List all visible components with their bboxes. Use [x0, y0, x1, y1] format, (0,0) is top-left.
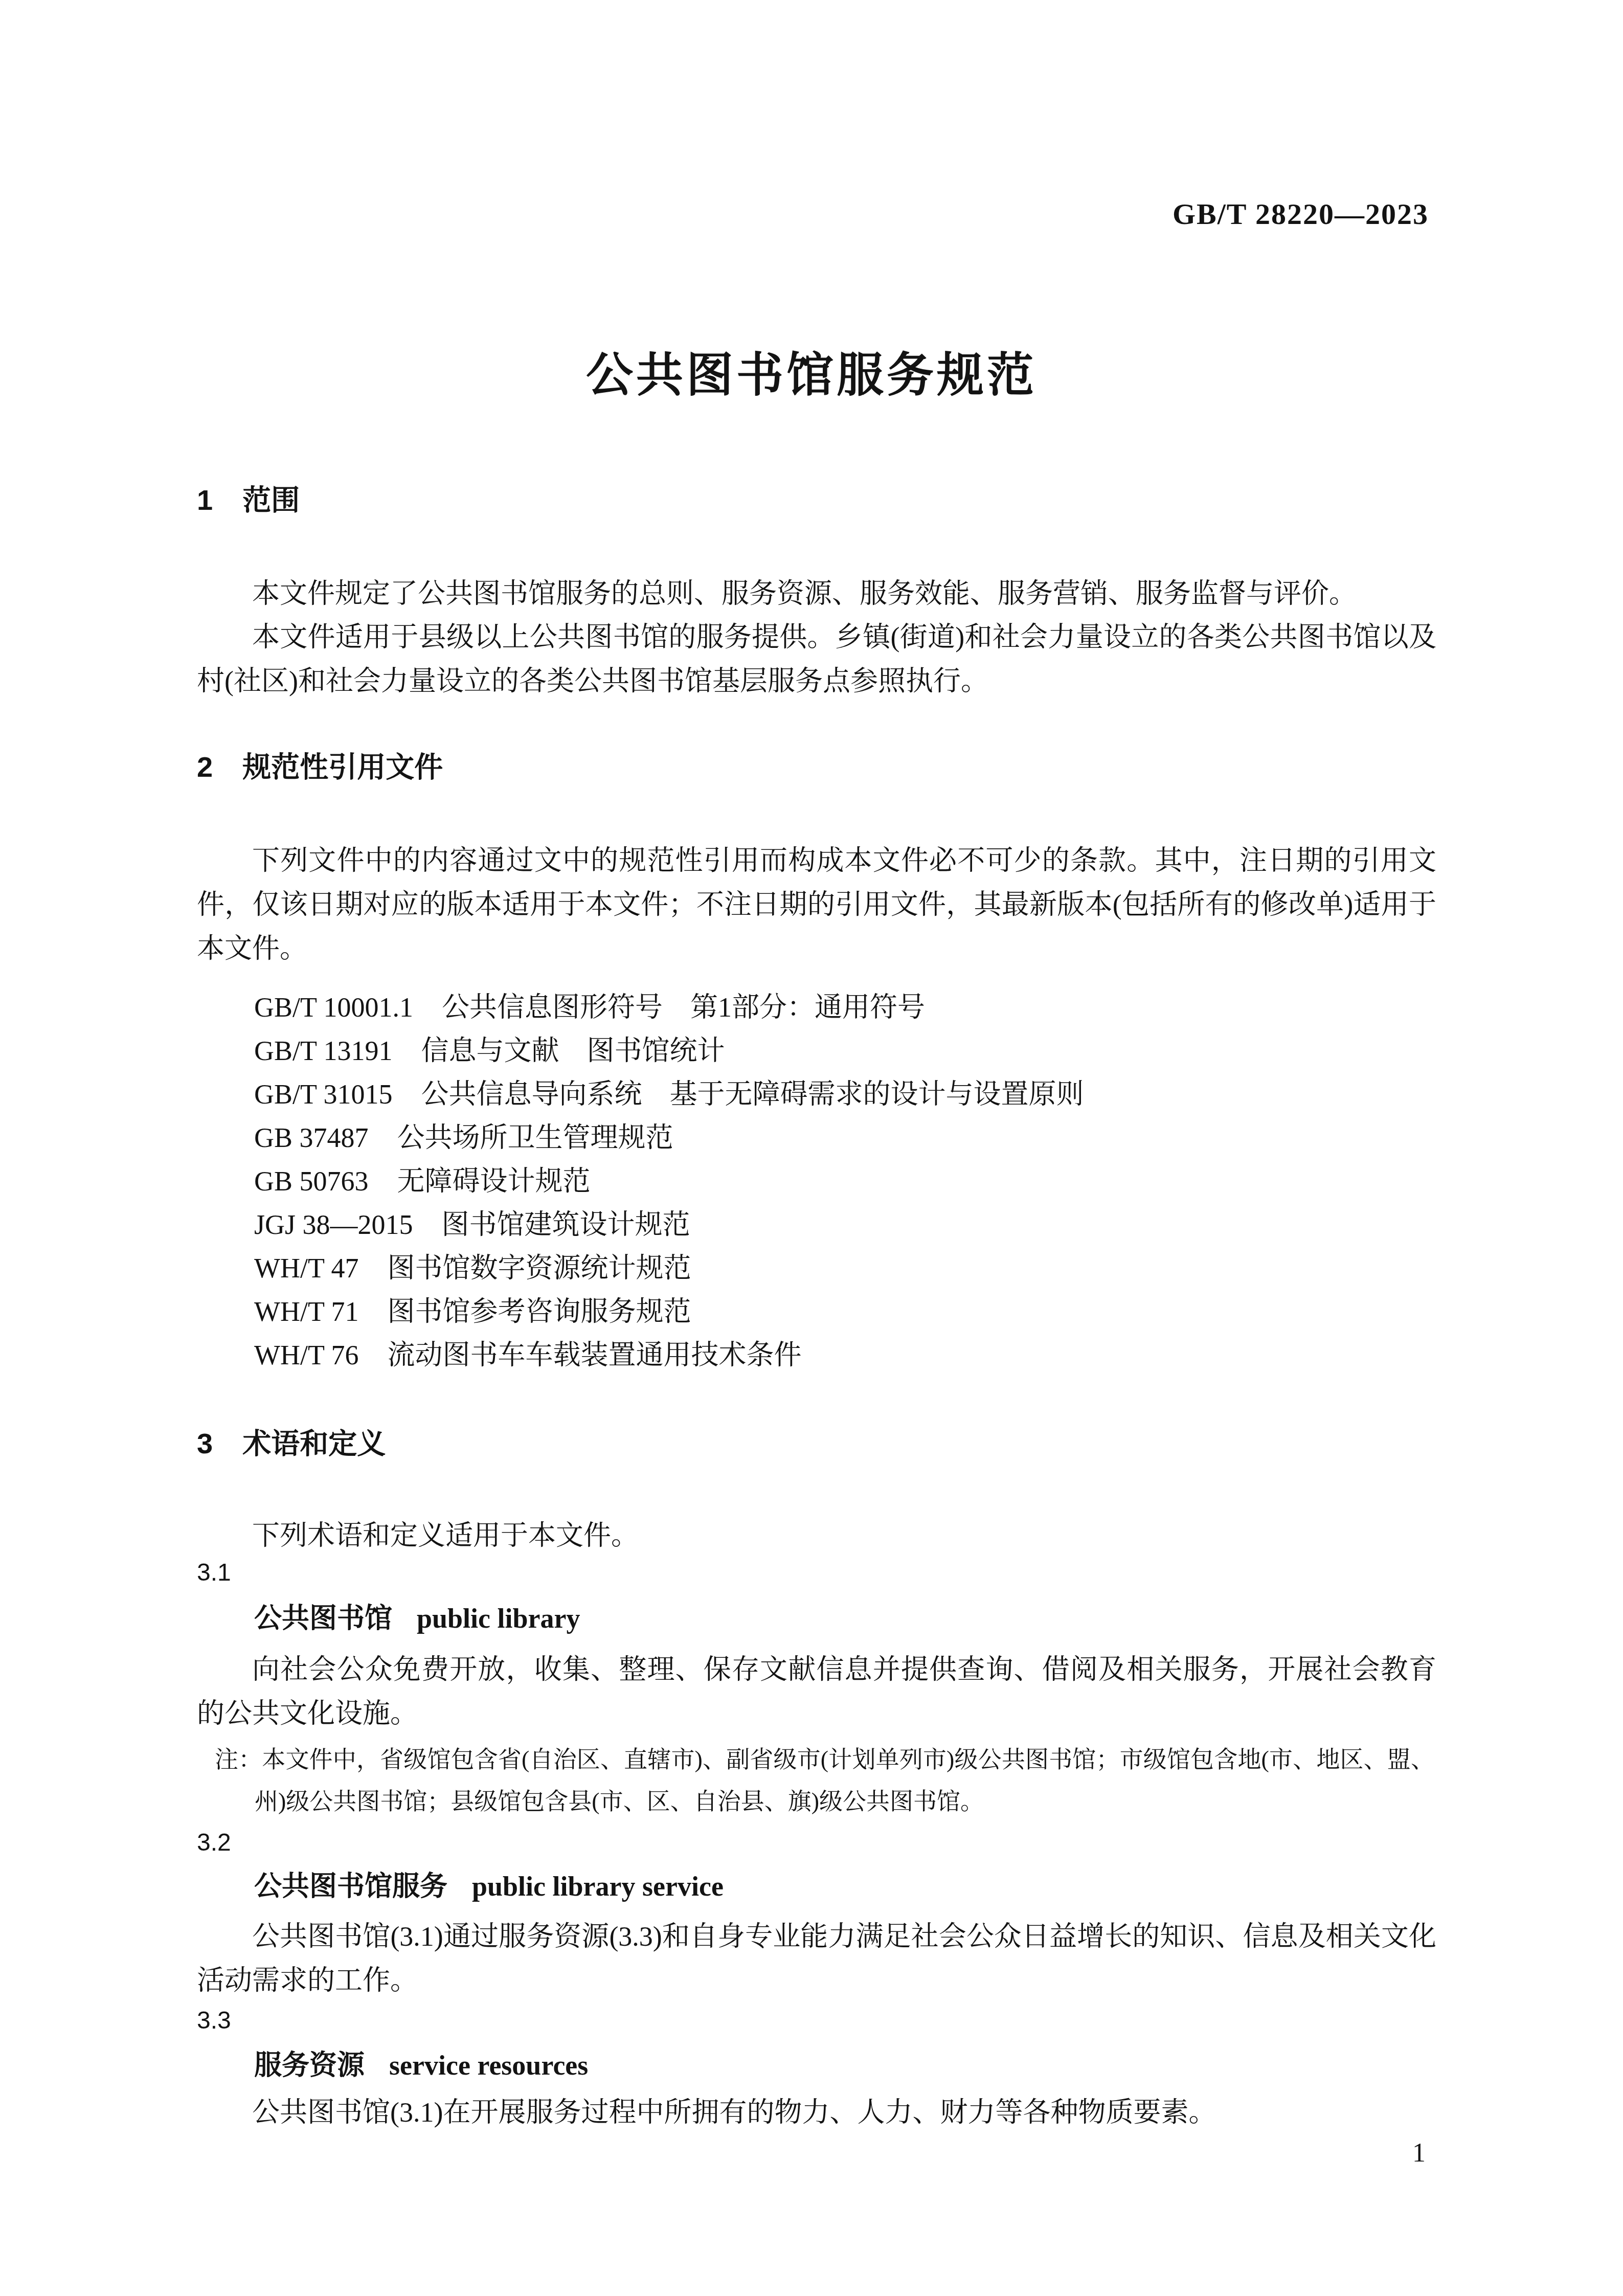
reference-item: GB/T 13191信息与文献 图书馆统计 [254, 1029, 1084, 1073]
reference-code: GB/T 13191 [254, 1036, 393, 1066]
section-3-title: 术语和定义 [242, 1429, 386, 1458]
section-1-number: 1 [197, 486, 213, 514]
reference-title: 公共场所卫生管理规范 [397, 1122, 673, 1153]
term-3-3-id: 3.3 [197, 2009, 231, 2033]
reference-title: 无障碍设计规范 [397, 1166, 591, 1197]
page-number: 1 [1412, 2140, 1426, 2167]
term-3-3-heading: 服务资源service resources [254, 2052, 588, 2079]
reference-item: WH/T 76流动图书车车载装置通用技术条件 [254, 1334, 1084, 1377]
reference-title: 信息与文献 图书馆统计 [421, 1036, 725, 1066]
term-3-2-id: 3.2 [197, 1831, 231, 1855]
reference-item: GB 50763无障碍设计规范 [254, 1160, 1084, 1203]
reference-item: GB/T 31015公共信息导向系统 基于无障碍需求的设计与设置原则 [254, 1073, 1084, 1116]
reference-item: JGJ 38—2015图书馆建筑设计规范 [254, 1203, 1084, 1247]
term-3-1-id: 3.1 [197, 1561, 231, 1585]
section-1-heading: 1 范围 [197, 486, 300, 514]
reference-title: 公共信息导向系统 基于无障碍需求的设计与设置原则 [421, 1079, 1084, 1110]
reference-title: 流动图书车车载装置通用技术条件 [387, 1340, 801, 1370]
reference-code: WH/T 47 [254, 1253, 358, 1284]
term-3-1-heading: 公共图书馆public library [254, 1605, 580, 1632]
reference-code: GB/T 31015 [254, 1079, 393, 1110]
term-3-2-definition: 公共图书馆(3.1)通过服务资源(3.3)和自身专业能力满足社会公众日益增长的知… [197, 1915, 1436, 2002]
section-2-heading: 2 规范性引用文件 [197, 753, 443, 781]
reference-code: WH/T 71 [254, 1296, 358, 1327]
references-intro: 下列文件中的内容通过文中的规范性引用而构成本文件必不可少的条款。其中，注日期的引… [197, 839, 1436, 971]
reference-code: JGJ 38—2015 [254, 1209, 413, 1240]
term-3-2-name: 公共图书馆服务 [254, 1871, 447, 1902]
term-3-2-heading: 公共图书馆服务public library service [254, 1873, 724, 1900]
reference-title: 公共信息图形符号 第1部分：通用符号 [442, 992, 925, 1023]
standard-code: GB/T 28220—2023 [1173, 197, 1429, 231]
term-3-1-english: public library [417, 1603, 580, 1634]
term-3-1-definition: 向社会公众免费开放，收集、整理、保存文献信息并提供查询、借阅及相关服务，开展社会… [197, 1648, 1436, 1736]
reference-code: WH/T 76 [254, 1340, 358, 1370]
reference-list: GB/T 10001.1公共信息图形符号 第1部分：通用符号 GB/T 1319… [254, 986, 1084, 1377]
section-1-title: 范围 [242, 486, 300, 514]
reference-code: GB 50763 [254, 1166, 369, 1197]
reference-item: WH/T 71图书馆参考咨询服务规范 [254, 1290, 1084, 1334]
scope-paragraph-1: 本文件规定了公共图书馆服务的总则、服务资源、服务效能、服务营销、服务监督与评价。 [197, 572, 1436, 616]
reference-code: GB/T 10001.1 [254, 992, 413, 1023]
term-3-1-note: 注：本文件中，省级馆包含省(自治区、直辖市)、副省级市(计划单列市)级公共图书馆… [215, 1739, 1434, 1822]
reference-item: GB 37487公共场所卫生管理规范 [254, 1116, 1084, 1160]
document-page: GB/T 28220—2023 公共图书馆服务规范 1 范围 本文件规定了公共图… [0, 0, 1623, 2296]
section-2-number: 2 [197, 753, 213, 781]
terms-intro: 下列术语和定义适用于本文件。 [197, 1514, 1436, 1558]
reference-title: 图书馆参考咨询服务规范 [387, 1296, 691, 1327]
reference-title: 图书馆建筑设计规范 [442, 1209, 690, 1240]
scope-paragraph-2: 本文件适用于县级以上公共图书馆的服务提供。乡镇(街道)和社会力量设立的各类公共图… [197, 615, 1436, 703]
term-3-3-name: 服务资源 [254, 2050, 365, 2081]
reference-item: GB/T 10001.1公共信息图形符号 第1部分：通用符号 [254, 986, 1084, 1029]
section-2-title: 规范性引用文件 [242, 753, 443, 781]
reference-title: 图书馆数字资源统计规范 [387, 1253, 691, 1284]
reference-item: WH/T 47图书馆数字资源统计规范 [254, 1247, 1084, 1290]
section-3-heading: 3 术语和定义 [197, 1429, 386, 1458]
reference-code: GB 37487 [254, 1122, 369, 1153]
term-3-3-definition: 公共图书馆(3.1)在开展服务过程中所拥有的物力、人力、财力等各种物质要素。 [197, 2090, 1436, 2134]
section-3-number: 3 [197, 1429, 213, 1458]
term-3-2-english: public library service [472, 1871, 724, 1902]
term-3-1-name: 公共图书馆 [254, 1603, 392, 1634]
term-3-3-english: service resources [389, 2050, 588, 2081]
document-title: 公共图书馆服务规范 [0, 352, 1623, 399]
